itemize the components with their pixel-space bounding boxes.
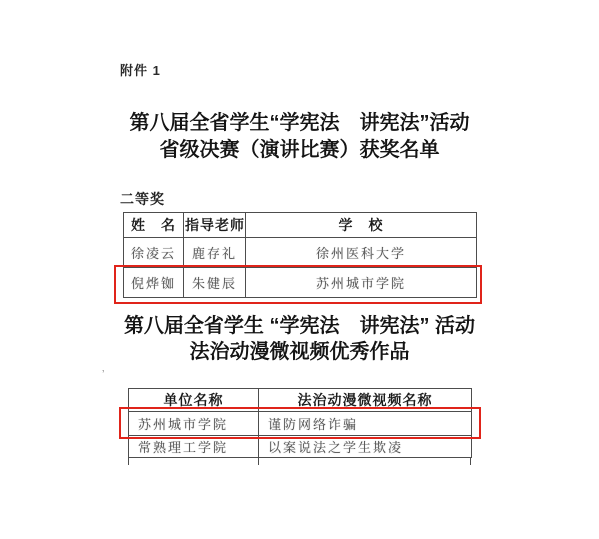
- video-award-title-line1: 第八届全省学生 “学宪法 讲宪法” 活动: [0, 313, 599, 339]
- winner-teacher: 鹿存礼: [184, 238, 246, 268]
- award-video-title: 以案说法之学生欺凌: [259, 436, 472, 458]
- speech-contest-title-line2: 省级决赛（演讲比赛）获奖名单: [0, 137, 599, 164]
- table-row-highlighted: 倪烨铷 朱健辰 苏州城市学院: [124, 268, 477, 298]
- table-header-row: 单位名称 法治动漫微视频名称: [129, 389, 472, 412]
- column-header-video-title: 法治动漫微视频名称: [259, 389, 472, 412]
- column-header-unit: 单位名称: [129, 389, 259, 412]
- winner-teacher: 朱健辰: [184, 268, 246, 298]
- document-page: 附件 1 第八届全省学生“学宪法 讲宪法”活动 省级决赛（演讲比赛）获奖名单 二…: [0, 0, 599, 539]
- column-header-school: 学 校: [246, 213, 477, 238]
- winner-school: 苏州城市学院: [246, 268, 477, 298]
- winner-name: 徐凌云: [124, 238, 184, 268]
- award-unit: 苏州城市学院: [129, 412, 259, 436]
- speech-contest-title: 第八届全省学生“学宪法 讲宪法”活动 省级决赛（演讲比赛）获奖名单: [0, 110, 599, 164]
- column-header-teacher: 指导老师: [184, 213, 246, 238]
- second-prize-label: 二等奖: [120, 189, 165, 209]
- winner-name: 倪烨铷: [124, 268, 184, 298]
- speech-contest-title-line1: 第八届全省学生“学宪法 讲宪法”活动: [0, 110, 599, 137]
- table-border-stub: [470, 458, 471, 465]
- video-award-title-line2: 法治动漫微视频优秀作品: [0, 339, 599, 365]
- table-header-row: 姓 名 指导老师 学 校: [124, 213, 477, 238]
- speech-winners-table: 姓 名 指导老师 学 校 徐凌云 鹿存礼 徐州医科大学 倪烨铷 朱健辰 苏州城市…: [123, 212, 477, 298]
- table-row-highlighted: 苏州城市学院 谨防网络诈骗: [129, 412, 472, 436]
- award-unit: 常熟理工学院: [129, 436, 259, 458]
- attachment-label: 附件 1: [120, 60, 161, 79]
- award-video-title: 谨防网络诈骗: [259, 412, 472, 436]
- table-border-stub: [258, 458, 259, 465]
- column-header-name: 姓 名: [124, 213, 184, 238]
- video-awards-table: 单位名称 法治动漫微视频名称 苏州城市学院 谨防网络诈骗 常熟理工学院 以案说法…: [128, 388, 472, 458]
- winner-school: 徐州医科大学: [246, 238, 477, 268]
- stray-scan-mark: ʼ: [102, 369, 104, 381]
- table-row: 徐凌云 鹿存礼 徐州医科大学: [124, 238, 477, 268]
- video-award-title: 第八届全省学生 “学宪法 讲宪法” 活动 法治动漫微视频优秀作品: [0, 313, 599, 365]
- table-row: 常熟理工学院 以案说法之学生欺凌: [129, 436, 472, 458]
- table-border-stub: [128, 458, 129, 465]
